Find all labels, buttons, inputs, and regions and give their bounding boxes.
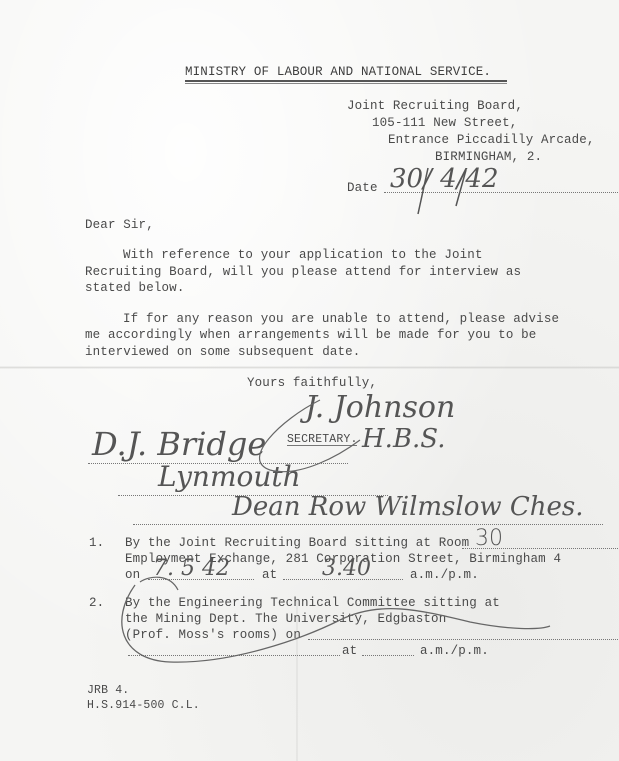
recipient-line-3 bbox=[133, 524, 603, 525]
address-line-2: 105-111 New Street, bbox=[372, 115, 517, 131]
print-code: H.S.914-500 C.L. bbox=[87, 698, 200, 714]
option-1-ampm: a.m./p.m. bbox=[410, 567, 479, 583]
option-2-number: 2. bbox=[89, 595, 104, 611]
address-line-1: Joint Recruiting Board, bbox=[347, 98, 523, 114]
paragraph-1-line-3: stated below. bbox=[85, 280, 184, 296]
salutation: Dear Sir, bbox=[85, 217, 154, 233]
option-2-line-1: By the Engineering Technical Committee s… bbox=[125, 595, 500, 611]
option-2-time-line bbox=[362, 655, 414, 656]
option-1-number: 1. bbox=[89, 535, 104, 551]
paragraph-2-line-3: interviewed on some subsequent date. bbox=[85, 344, 360, 360]
date-handwritten: 30/ 4/42 bbox=[390, 164, 499, 194]
heading-underline bbox=[185, 80, 507, 82]
room-number: 30 bbox=[475, 526, 503, 551]
option-1-line-1: By the Joint Recruiting Board sitting at… bbox=[125, 535, 469, 551]
form-code: JRB 4. bbox=[87, 683, 129, 699]
paragraph-2-line-1: If for any reason you are unable to atte… bbox=[123, 311, 559, 327]
option-2-date-line bbox=[308, 639, 618, 640]
option-2-line-3: (Prof. Moss's rooms) on bbox=[125, 627, 301, 643]
address-line-4: BIRMINGHAM, 2. bbox=[435, 149, 542, 165]
ministry-heading: MINISTRY OF LABOUR AND NATIONAL SERVICE. bbox=[185, 64, 491, 80]
fold-crease bbox=[0, 366, 619, 369]
secretary-underline bbox=[287, 445, 357, 446]
option-2-line-2: the Mining Dept. The University, Edgbast… bbox=[125, 611, 446, 627]
recipient-address-2: Dean Row Wilmslow Ches. bbox=[232, 492, 584, 522]
option-2-date-line-2 bbox=[128, 655, 340, 656]
date-label: Date bbox=[347, 180, 378, 196]
heading-underline-secondary bbox=[185, 83, 507, 84]
option-1-on-label: on bbox=[125, 567, 140, 583]
signature: J. Johnson bbox=[305, 390, 455, 425]
recipient-name: D.J. Bridge bbox=[92, 425, 266, 463]
option-1-date: 7. 5 42 bbox=[153, 556, 230, 581]
letter-page: MINISTRY OF LABOUR AND NATIONAL SERVICE.… bbox=[0, 0, 619, 761]
paragraph-1-line-1: With reference to your application to th… bbox=[123, 247, 483, 263]
option-2-ampm: a.m./p.m. bbox=[420, 643, 489, 659]
address-line-3: Entrance Piccadilly Arcade, bbox=[388, 132, 595, 148]
signature-suffix: H.B.S. bbox=[362, 424, 445, 454]
paragraph-1-line-2: Recruiting Board, will you please attend… bbox=[85, 264, 521, 280]
option-1-time: 3.40 bbox=[322, 556, 371, 581]
option-1-at-label: at bbox=[262, 567, 277, 583]
closing: Yours faithfully, bbox=[247, 375, 377, 391]
paragraph-2-line-2: me accordingly when arrangements will be… bbox=[85, 327, 536, 343]
option-2-at-label: at bbox=[342, 643, 357, 659]
recipient-address-1: Lynmouth bbox=[158, 460, 301, 493]
